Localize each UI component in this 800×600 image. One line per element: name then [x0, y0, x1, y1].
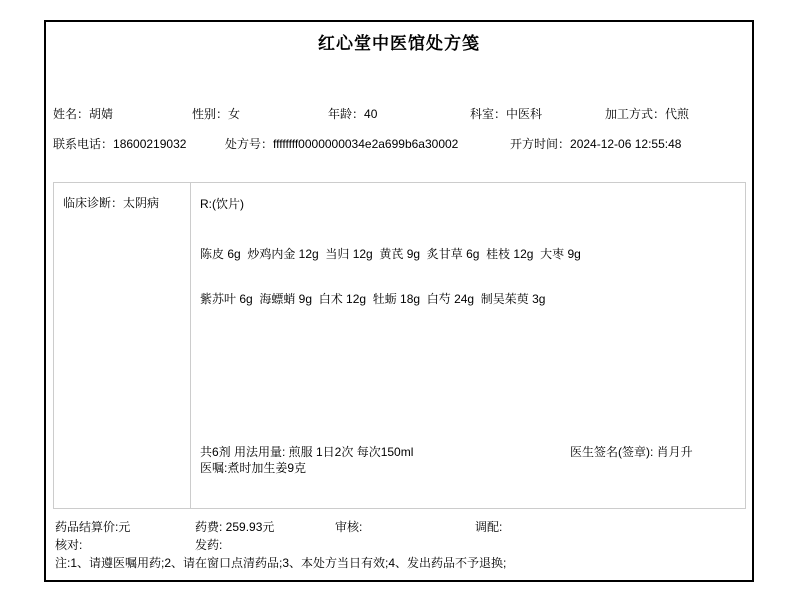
field-phone-label: 联系电话：: [53, 137, 113, 151]
field-gender: 性别：女: [192, 107, 240, 121]
field-department-label: 科室：: [470, 107, 506, 121]
field-age-value: 40: [364, 107, 377, 121]
doctor-advice: 医嘱:煮时加生姜9克: [200, 461, 306, 475]
field-issue-time-label: 开方时间：: [510, 137, 570, 151]
herb-line-1: 陈皮 6g 炒鸡内金 12g 当归 12g 黄芪 9g 炙甘草 6g 桂枝 12…: [200, 247, 581, 261]
field-diagnosis: 临床诊断：太阴病: [63, 196, 159, 210]
field-fee: 药费: 259.93元: [195, 520, 274, 534]
doctor-signature-label: 医生签名(签章):: [570, 445, 657, 459]
doctor-signature: 医生签名(签章): 肖月升: [570, 445, 700, 460]
field-issue-time: 开方时间：2024-12-06 12:55:48: [510, 137, 681, 151]
field-rx-number: 处方号：ffffffff0000000034e2a699b6a30002: [225, 137, 458, 151]
doctor-signature-name: 肖月升: [657, 445, 693, 459]
field-rx-number-value: ffffffff0000000034e2a699b6a30002: [273, 137, 458, 151]
field-processing-value: 代煎: [665, 107, 689, 121]
field-processing-label: 加工方式：: [605, 107, 665, 121]
field-fee-label: 药费:: [195, 520, 226, 534]
field-name: 姓名：胡婧: [53, 107, 113, 121]
field-review: 审核:: [335, 520, 362, 534]
field-department: 科室：中医科: [470, 107, 542, 121]
rp-header: R:(饮片): [200, 197, 244, 211]
field-settle-price-unit: 元: [118, 520, 130, 534]
footer-note: 注:1、请遵医嘱用药;2、请在窗口点清药品;3、本处方当日有效;4、发出药品不予…: [55, 556, 506, 570]
field-settle-price: 药品结算价:元: [55, 520, 130, 534]
field-age: 年龄：40: [328, 107, 377, 121]
field-dispense: 发药:: [195, 538, 222, 552]
prescription-box-divider: [190, 182, 191, 509]
usage-instructions: 共6剂 用法用量: 煎服 1日2次 每次150ml: [200, 445, 413, 459]
field-rx-number-label: 处方号：: [225, 137, 273, 151]
field-name-value: 胡婧: [89, 107, 113, 121]
field-diagnosis-label: 临床诊断：: [63, 196, 123, 210]
herb-line-2: 紫苏叶 6g 海螵蛸 9g 白术 12g 牡蛎 18g 白芍 24g 制吴茱萸 …: [200, 292, 545, 306]
field-prepare: 调配:: [475, 520, 502, 534]
field-issue-time-value: 2024-12-06 12:55:48: [570, 137, 681, 151]
field-department-value: 中医科: [506, 107, 542, 121]
field-gender-value: 女: [228, 107, 240, 121]
field-fee-value: 259.93元: [226, 520, 275, 534]
field-diagnosis-value: 太阴病: [123, 196, 159, 210]
field-gender-label: 性别：: [192, 107, 228, 121]
field-check: 核对:: [55, 538, 82, 552]
page-title: 红心堂中医馆处方笺: [44, 37, 754, 51]
field-settle-price-label: 药品结算价:: [55, 520, 118, 534]
field-phone: 联系电话：18600219032: [53, 137, 186, 151]
field-processing: 加工方式：代煎: [605, 107, 689, 121]
field-phone-value: 18600219032: [113, 137, 186, 151]
field-age-label: 年龄：: [328, 107, 364, 121]
field-name-label: 姓名：: [53, 107, 89, 121]
prescription-page: 红心堂中医馆处方笺 姓名：胡婧 性别：女 年龄：40 科室：中医科 加工方式：代…: [0, 0, 800, 600]
